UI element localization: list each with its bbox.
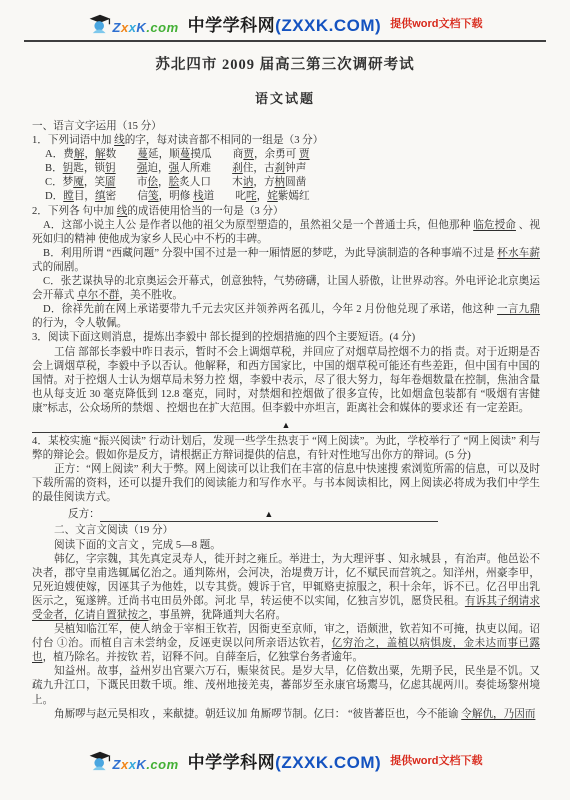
underlined-text: 讷 [243, 177, 254, 188]
document-body: 一、语言文字运用（15 分）1．下列词语中加 线的字，每对读音都不相同的一组是（… [32, 120, 540, 722]
text-run: C．梦 [45, 177, 73, 188]
text-run: 匙，锁 [73, 163, 105, 174]
text-run: ，事虽辨，犹降通判大名府。 [149, 610, 287, 621]
underlined-text: 卓尔不群 [77, 290, 119, 301]
q3-answer-blank: ▲ [32, 417, 540, 433]
underlined-text: 魇 [73, 177, 84, 188]
underlined-text: 一言九鼎 [497, 304, 540, 315]
site-name: 中学学科网(ZXXK.COM) [188, 11, 382, 36]
underlined-text: 解 [74, 149, 85, 160]
underlined-text: 栈 [193, 191, 204, 202]
graduate-mascot-icon [88, 750, 112, 771]
text-run: 式的闹剧。 [32, 262, 85, 273]
logo-letter: x [121, 20, 129, 35]
q3-passage: 工信 部部长李毅中昨日表示，暂时不会上调烟草税，并回应了对烟草局控烟不力的指 责… [32, 346, 540, 416]
answer-label: 反方： [32, 508, 100, 522]
text-run: 住，古 [243, 163, 275, 174]
text-run: 角厮啰与赵元昊相攻 ，来献捷。朝廷议加 角厮啰节制。亿曰： “彼皆蕃臣也，今不能… [54, 709, 461, 720]
classical-passage-4: 角厮啰与赵元昊相攻 ，来献捷。朝廷议加 角厮啰节制。亿曰： “彼皆蕃臣也，今不能… [32, 708, 540, 722]
q2-stem: 2．下列各 句中加 线的成语使用恰当的一句是（3 分） [32, 205, 540, 219]
site-name-cn: 中学学科网 [188, 753, 276, 772]
underlined-text: 线 [114, 135, 125, 146]
text-run: 工信 部部长李毅中昨日表示，暂时不会上调烟草税，并回应了对烟草局控烟不力的指 责… [32, 347, 540, 414]
text-run: 3．阅读下面这则消息，提炼出李毅中 部长提到的控烟措施的四个主要短语。(4 分) [32, 332, 415, 343]
q4-answer-blank: 反方：▲ [32, 506, 540, 522]
logo-letter: K [136, 757, 146, 772]
classical-passage-1: 韩亿，字宗魏，其先真定灵寿人，徙开封之雍丘。举进士，为大理评事 、知永城县 ，有… [32, 553, 540, 623]
site-domain: (ZXXK.COM) [275, 16, 381, 35]
section-2-heading: 二、文言文阅读（19 分） [32, 524, 540, 538]
underlined-text: 刹 [232, 163, 243, 174]
text-run: D．徐祥先前在网上承诺要带九千元去灾区并领养两名孤儿，今年 2 月份他兑现了承诺… [43, 304, 497, 315]
answer-marker-icon: ▲ [264, 509, 273, 519]
underlined-text: 蔓 [180, 149, 191, 160]
underlined-text: 贾 [243, 149, 254, 160]
graduate-mascot-icon [88, 13, 112, 34]
underlined-text: 杯水车薪 [497, 248, 540, 259]
logo-letter: K [136, 20, 146, 35]
logo-letter: .com [146, 20, 178, 35]
text-run: ，方 [253, 177, 274, 188]
q2-option-b: B．利用所谓 “西藏问题” 分裂中国不过是一种一厢情愿的梦呓，为此导演制造的各种… [32, 247, 540, 275]
underlined-text: 侩 [147, 177, 158, 188]
classical-passage-2: 吴植知临江军，使人纳金于宰相王钦若，因衙吏至京师，审之，语颇泄，钦若知不可掩，执… [32, 623, 540, 665]
download-tagline: 提供word文档下载 [390, 15, 482, 31]
underlined-text: 强 [169, 163, 180, 174]
underlined-text: 枘 [275, 177, 286, 188]
text-run: ， [84, 149, 95, 160]
q1-option-d: D．瞠目，缜密 信笺，明修 栈道 叱咤，姹紫嫣红 [32, 190, 540, 204]
text-run: ， [257, 191, 268, 202]
text-run: 目， [74, 191, 95, 202]
answer-underline: ▲ [32, 420, 540, 433]
text-run: 数 [106, 149, 138, 160]
zxxk-logo-wordmark: ZxxK.com [113, 758, 179, 771]
text-run: 人所难 [179, 163, 232, 174]
text-run: 钟声 [285, 163, 306, 174]
q2-option-d: D．徐祥先前在网上承诺要带九千元去灾区并领养两名孤儿，今年 2 月份他兑现了承诺… [32, 303, 540, 331]
zxxk-logo-wordmark: ZxxK.com [113, 21, 179, 34]
text-run: 紫嫣红 [278, 191, 310, 202]
text-run: 市 [116, 177, 148, 188]
text-run: ，明修 [159, 191, 193, 202]
text-run: ，植乃除名。并按钦 若，诏释不问。自薛奎后，亿独掌台务者逾年。 [43, 652, 363, 663]
text-run: ，笑 [84, 177, 105, 188]
classical-passage-3: 知益州。故事，益州岁出官粟六万石，赈粜贫民。是岁大旱，亿倍数出粟，先期予民，民坐… [32, 665, 540, 707]
zxxk-logo: ZxxK.com [88, 750, 179, 771]
text-run: 炙人口 木 [179, 177, 243, 188]
text-run: 4．某校实施 “振兴阅读” 行动计划后，发现一些学生热衷于 “网上阅读”。为此，… [32, 436, 540, 461]
site-domain: (ZXXK.COM) [275, 753, 381, 772]
text-run: 的行为，令人敬佩。 [32, 318, 127, 329]
download-tagline: 提供word文档下载 [390, 752, 482, 768]
site-name-cn: 中学学科网 [188, 16, 276, 35]
answer-underline: ▲ [100, 509, 438, 522]
text-run: 1．下列词语中加 [32, 135, 114, 146]
section-1-heading: 一、语言文字运用（15 分） [32, 120, 540, 134]
underlined-text: 刹 [275, 163, 286, 174]
text-run: 圆凿 [285, 177, 306, 188]
logo-letter: .com [146, 757, 178, 772]
site-name: 中学学科网(ZXXK.COM) [188, 748, 382, 773]
header-divider [24, 40, 546, 42]
q2-option-c: C．张艺谋执导的北京奥运会开幕式，创意独特，气势磅礴，让国人骄傲，让世界动容。外… [32, 275, 540, 303]
text-run: 的成语使用恰当的一句是（3 分） [127, 206, 283, 217]
text-run: B．利用所谓 “西藏问题” 分裂中国不过是一种一厢情愿的梦呓，为此导演制造的各种… [43, 248, 497, 259]
q1-stem: 1．下列词语中加 线的字，每对读音都不相同的一组是（3 分） [32, 134, 540, 148]
logo-letter: x [121, 757, 129, 772]
q2-option-a: A．这部小说主人公 是作者以他的祖父为原型塑造的，虽然祖父是一个普通士兵，但他那… [32, 219, 540, 247]
logo-letter: Z [113, 20, 121, 35]
scanned-exam-page: ZxxK.com 中学学科网(ZXXK.COM) 提供word文档下载 苏北四市… [0, 0, 570, 800]
underlined-text: 缜 [95, 191, 106, 202]
site-footer: ZxxK.com 中学学科网(ZXXK.COM) 提供word文档下载 [0, 737, 570, 774]
text-run: 道 叱 [204, 191, 246, 202]
underlined-text: 临危授命 [473, 220, 516, 231]
text-run [116, 163, 137, 174]
underlined-text: 贾 [299, 149, 310, 160]
text-run: ， [158, 177, 169, 188]
q4-pro-side: 正方：“网上阅读” 利大于弊。网上阅读可以让我们在丰富的信息中快速搜 索浏览所需… [32, 463, 540, 505]
site-header: ZxxK.com 中学学科网(ZXXK.COM) 提供word文档下载 [0, 0, 570, 37]
text-run: 阅读下面的文言文 ，完成 5—8 题。 [54, 540, 221, 551]
text-run: 迫， [147, 163, 168, 174]
underlined-text: 解 [95, 149, 106, 160]
text-run: 延，顺 [148, 149, 180, 160]
underlined-text: 咤 [246, 191, 257, 202]
q3-stem: 3．阅读下面这则消息，提炼出李毅中 部长提到的控烟措施的四个主要短语。(4 分) [32, 331, 540, 345]
underlined-text: 脍 [169, 177, 180, 188]
exam-title: 苏北四市 2009 届高三第三次调研考试 [0, 53, 570, 74]
underlined-text: 线 [117, 206, 128, 217]
text-run: 正方：“网上阅读” 利大于弊。网上阅读可以让我们在丰富的信息中快速搜 索浏览所需… [32, 464, 540, 503]
text-run: A．费 [45, 149, 74, 160]
underlined-text: 钥 [105, 163, 116, 174]
underlined-text: 蔓 [137, 149, 148, 160]
text-run: A．这部小说主人公 是作者以他的祖父为原型塑造的，虽然祖父是一个普通士兵，但他那… [43, 220, 473, 231]
text-run: ，美不胜收。 [119, 290, 183, 301]
text-run: 密 信 [106, 191, 148, 202]
q1-option-c: C．梦魇，笑靥 市侩，脍炙人口 木讷，方枘圆凿 [32, 176, 540, 190]
section-2-intro: 阅读下面的文言文 ，完成 5—8 题。 [32, 539, 540, 553]
q1-option-b: B．钥匙，锁钥 强迫，强人所难 刹住，古刹钟声 [32, 162, 540, 176]
text-run: 韩亿，字宗魏，其先真定灵寿人，徙开封之雍丘。举进士，为大理评事 、知永城县 ，有… [32, 554, 540, 607]
text-run: 一、语言文字运用（15 分） [32, 121, 162, 132]
underlined-text: 笺 [148, 191, 159, 202]
text-run: ，余勇可 [254, 149, 299, 160]
text-run: 2．下列各 句中加 [32, 206, 117, 217]
underlined-text: 强 [137, 163, 148, 174]
logo-letter: Z [113, 757, 121, 772]
underlined-text: 令解仇，乃因而 [461, 709, 535, 720]
q4-stem: 4．某校实施 “振兴阅读” 行动计划后，发现一些学生热衷于 “网上阅读”。为此，… [32, 435, 540, 463]
text-run: 摸瓜 商 [190, 149, 243, 160]
q1-option-a: A．费解，解数 蔓延，顺蔓摸瓜 商贾，余勇可 贾 [32, 148, 540, 162]
text-run: 知益州。故事，益州岁出官粟六万石，赈粜贫民。是岁大旱，亿倍数出粟，先期予民，民坐… [32, 666, 540, 705]
text-run: 的字，每对读音都不相同的一组是（3 分） [125, 135, 324, 146]
text-run: 二、文言文阅读（19 分） [54, 525, 173, 536]
text-run: B． [45, 163, 63, 174]
zxxk-logo: ZxxK.com [88, 13, 179, 34]
underlined-text: 钥 [63, 163, 74, 174]
text-run: D． [45, 191, 63, 202]
underlined-text: 靥 [105, 177, 116, 188]
subject-title: 语文试题 [0, 88, 570, 107]
underlined-text: 姹 [267, 191, 278, 202]
underlined-text: 瞠 [63, 191, 74, 202]
answer-marker-icon: ▲ [282, 420, 291, 430]
